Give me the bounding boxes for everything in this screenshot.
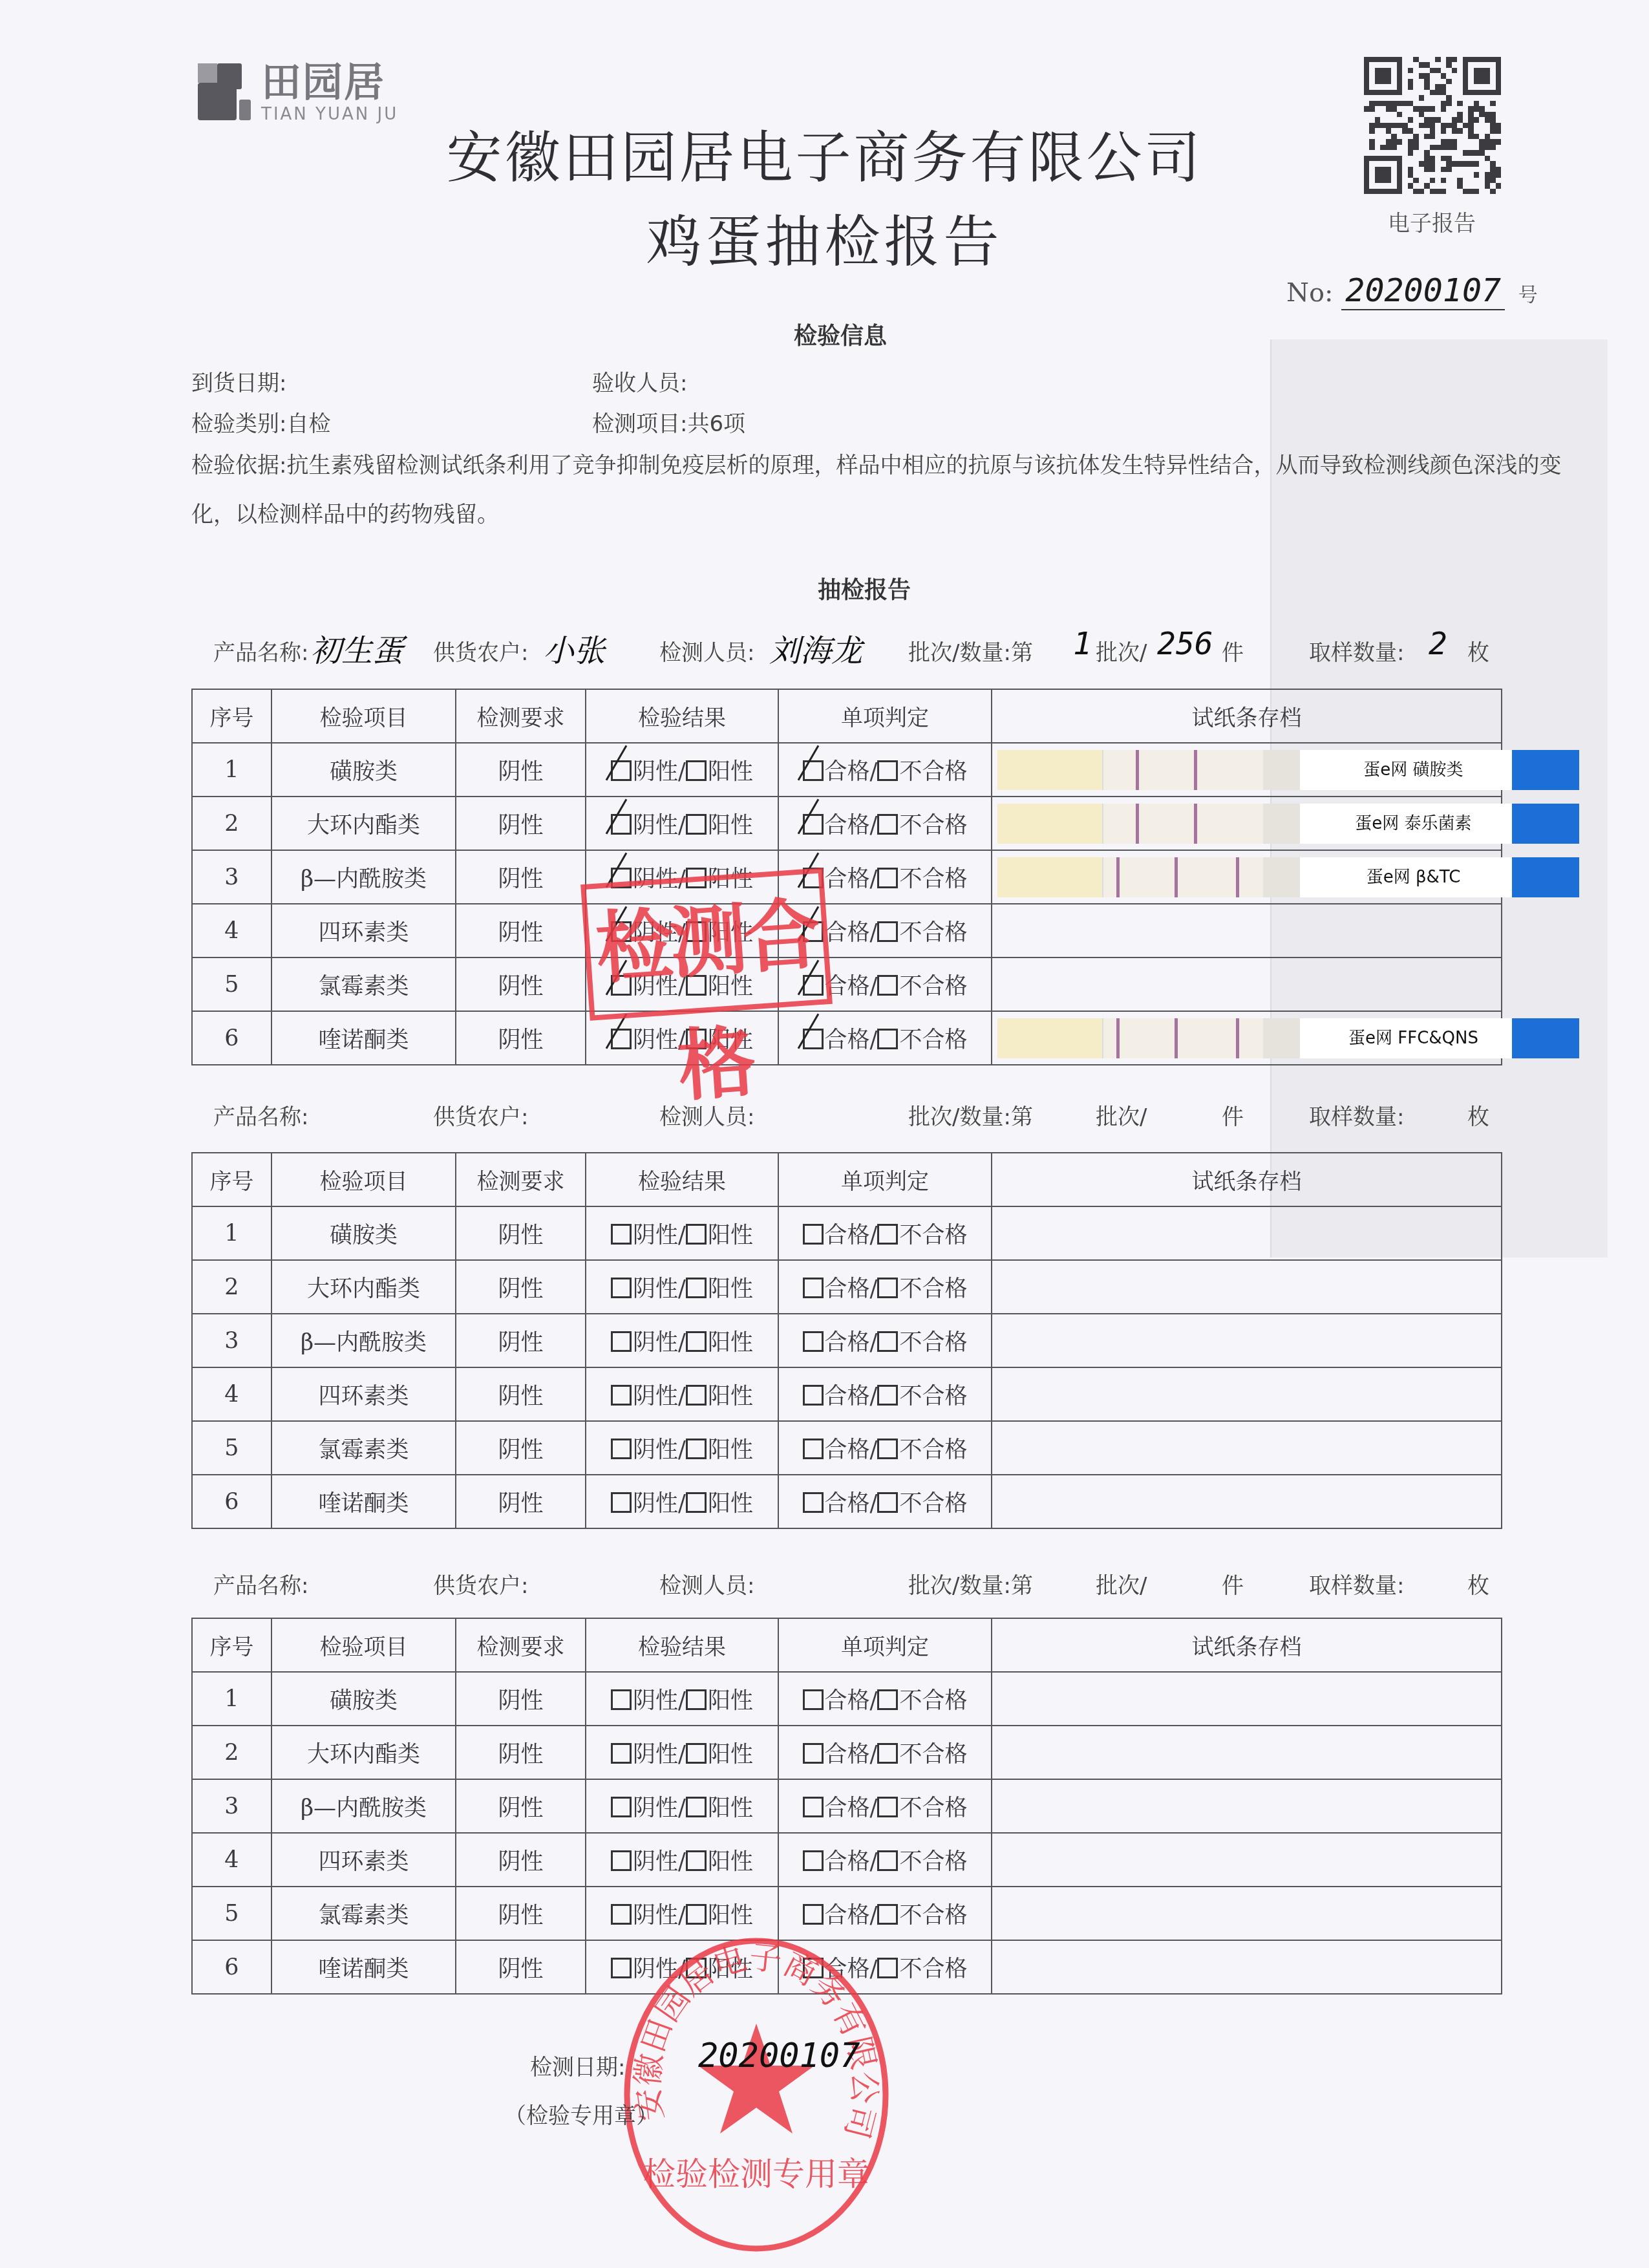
- row-number: 6: [192, 1011, 271, 1065]
- test-item: 四环素类: [271, 904, 456, 957]
- test-requirement: 阴性: [456, 1833, 586, 1887]
- row-number: 3: [192, 1314, 271, 1367]
- separator: /: [678, 813, 686, 839]
- checkbox-label: 阴性: [633, 1027, 678, 1053]
- checkbox-label: 阳性: [708, 1795, 753, 1821]
- sample-label: 取样数量:: [1309, 1568, 1404, 1599]
- checkbox-label: 阴性: [633, 1276, 678, 1302]
- result-options: 阴性/阳性: [586, 1367, 778, 1421]
- judge-options: 合格/不合格: [778, 1421, 992, 1475]
- checkbox[interactable]: [803, 814, 824, 835]
- row-number: 6: [192, 1940, 271, 1994]
- checkbox-label: 不合格: [899, 1903, 967, 1929]
- checkbox[interactable]: [803, 1850, 824, 1871]
- inspection-basis: 检验依据:抗生素残留检测试纸条利用了竞争抑制免疫层析的原理，样品中相应的抗原与该…: [191, 441, 1588, 539]
- checkbox-label: 合格: [825, 866, 870, 892]
- row-number: 4: [192, 1833, 271, 1887]
- inspector-value[interactable]: 刘海龙: [769, 626, 862, 670]
- result-options: 阴性/阳性: [586, 1887, 778, 1940]
- batch-mid-label: 批次/: [1096, 1099, 1147, 1131]
- table-row: 3β—内酰胺类阴性阴性/阳性合格/不合格: [192, 1314, 1502, 1367]
- strip-label: 蛋e网 FFC&QNS: [1300, 1018, 1512, 1058]
- batch-unit-label: 件: [1222, 1568, 1244, 1599]
- test-item: 喹诺酮类: [271, 1940, 456, 1994]
- product-label: 产品名称:: [213, 1568, 308, 1599]
- judge-options: 合格/不合格: [778, 1887, 992, 1940]
- judge-options: 合格/不合格: [778, 797, 992, 850]
- table-row: 1磺胺类阴性阴性/阳性合格/不合格蛋e网 磺胺类: [192, 743, 1502, 797]
- checkbox-label: 不合格: [899, 1742, 967, 1768]
- table-meta-line: 产品名称:供货农户:检测人员:批次/数量:第批次/件取样数量:枚: [213, 1099, 1506, 1138]
- checkbox[interactable]: [877, 1850, 898, 1871]
- judge-options: 合格/不合格: [778, 1206, 992, 1260]
- table-row: 4四环素类阴性阴性/阳性合格/不合格: [192, 904, 1502, 957]
- checkbox[interactable]: [611, 1797, 632, 1817]
- checkbox[interactable]: [877, 760, 898, 781]
- checkbox-label: 合格: [825, 920, 870, 946]
- receiver-label: 验收人员:: [592, 365, 687, 397]
- company-seal-icon: 安徽田园居电子商务有限公司 检验检测专用章: [621, 1933, 892, 2256]
- judge-options: 合格/不合格: [778, 1779, 992, 1833]
- column-header: 序号: [192, 689, 271, 743]
- strip-archive-cell: 蛋e网 磺胺类: [992, 743, 1502, 797]
- report-number: No: 20200107 号: [1286, 272, 1538, 310]
- test-item: 磺胺类: [271, 1672, 456, 1726]
- strip-archive-cell: [992, 1367, 1502, 1421]
- table-row: 4四环素类阴性阴性/阳性合格/不合格: [192, 1367, 1502, 1421]
- row-number: 4: [192, 1367, 271, 1421]
- checkbox-label: 阳性: [708, 1223, 753, 1248]
- checkbox-label: 阳性: [708, 759, 753, 785]
- checkbox-label: 不合格: [899, 1795, 967, 1821]
- table-row: 5氯霉素类阴性阴性/阳性合格/不合格: [192, 1421, 1502, 1475]
- checkbox-label: 不合格: [899, 1384, 967, 1409]
- test-requirement: 阴性: [456, 1206, 586, 1260]
- strip-archive-cell: 蛋e网 β&TC: [992, 850, 1502, 904]
- quantity-value[interactable]: 256: [1157, 626, 1213, 662]
- checkbox-label: 阴性: [633, 1903, 678, 1929]
- result-options: 阴性/阳性: [586, 1726, 778, 1779]
- test-requirement: 阴性: [456, 1887, 586, 1940]
- separator: /: [870, 813, 878, 839]
- category-label: 检验类别:: [191, 411, 286, 437]
- test-item: 四环素类: [271, 1833, 456, 1887]
- checkbox[interactable]: [803, 1278, 824, 1298]
- checkbox[interactable]: [877, 975, 898, 996]
- test-strip: 蛋e网 FFC&QNS: [997, 1018, 1579, 1058]
- table-row: 5氯霉素类阴性阴性/阳性合格/不合格: [192, 957, 1502, 1011]
- checkbox[interactable]: [611, 1492, 632, 1513]
- row-number: 4: [192, 904, 271, 957]
- test-requirement: 阴性: [456, 1314, 586, 1367]
- separator: /: [678, 1437, 686, 1463]
- checkbox-label: 合格: [825, 1384, 870, 1409]
- checkbox-label: 阴性: [633, 1491, 678, 1517]
- checkbox[interactable]: [686, 1385, 707, 1406]
- column-header: 检验项目: [271, 1153, 456, 1206]
- test-requirement: 阴性: [456, 1672, 586, 1726]
- test-requirement: 阴性: [456, 1367, 586, 1421]
- row-number: 2: [192, 1726, 271, 1779]
- checkbox[interactable]: [803, 1743, 824, 1764]
- checkbox[interactable]: [877, 1797, 898, 1817]
- table-header-row: 序号检验项目检测要求检验结果单项判定试纸条存档: [192, 1153, 1502, 1206]
- checkbox[interactable]: [803, 1689, 824, 1710]
- test-item: 磺胺类: [271, 743, 456, 797]
- test-strip: 蛋e网 磺胺类: [997, 750, 1579, 790]
- strip-archive-cell: [992, 1260, 1502, 1314]
- checkbox[interactable]: [611, 814, 632, 835]
- checkbox-label: 不合格: [899, 1027, 967, 1053]
- checkbox-label: 不合格: [899, 1849, 967, 1875]
- checkbox-label: 不合格: [899, 920, 967, 946]
- row-number: 1: [192, 743, 271, 797]
- sample-unit-label: 枚: [1467, 635, 1489, 667]
- checkbox[interactable]: [686, 760, 707, 781]
- column-header: 检验结果: [586, 1618, 778, 1672]
- test-item: 氯霉素类: [271, 1421, 456, 1475]
- checkbox-label: 阳性: [708, 1849, 753, 1875]
- separator: /: [678, 759, 686, 785]
- checkbox-label: 阴性: [633, 1223, 678, 1248]
- judge-options: 合格/不合格: [778, 1260, 992, 1314]
- test-requirement: 阴性: [456, 1726, 586, 1779]
- test-requirement: 阴性: [456, 1421, 586, 1475]
- separator: /: [678, 1276, 686, 1302]
- strip-label: 蛋e网 磺胺类: [1300, 750, 1512, 790]
- checkbox[interactable]: [803, 1385, 824, 1406]
- checkbox-label: 不合格: [899, 1330, 967, 1356]
- separator: /: [678, 1903, 686, 1929]
- farmer-label: 供货农户:: [433, 635, 528, 667]
- inspection-table: 序号检验项目检测要求检验结果单项判定试纸条存档1磺胺类阴性阴性/阳性合格/不合格…: [191, 1152, 1502, 1529]
- checkbox[interactable]: [686, 1278, 707, 1298]
- inspection-info-title: 检验信息: [794, 318, 887, 351]
- checkbox[interactable]: [611, 1224, 632, 1245]
- result-options: 阴性/阳性: [586, 1672, 778, 1726]
- test-requirement: 阴性: [456, 957, 586, 1011]
- row-number: 2: [192, 1260, 271, 1314]
- table-row: 6喹诺酮类阴性阴性/阳性合格/不合格: [192, 1475, 1502, 1528]
- column-header: 检测要求: [456, 689, 586, 743]
- test-item: 四环素类: [271, 1367, 456, 1421]
- strip-archive-cell: [992, 1779, 1502, 1833]
- checkbox[interactable]: [611, 1278, 632, 1298]
- logo-cn-text: 田园居: [261, 59, 385, 106]
- product-label: 产品名称:: [213, 1099, 308, 1131]
- test-item: 喹诺酮类: [271, 1011, 456, 1065]
- checkbox-label: 阳性: [708, 1276, 753, 1302]
- inspection-table: 序号检验项目检测要求检验结果单项判定试纸条存档1磺胺类阴性阴性/阳性合格/不合格…: [191, 689, 1502, 1065]
- product-label: 产品名称:: [213, 635, 308, 667]
- checkbox[interactable]: [877, 1224, 898, 1245]
- separator: /: [678, 1795, 686, 1821]
- separator: /: [678, 1330, 686, 1356]
- test-item: β—内酰胺类: [271, 850, 456, 904]
- table-row: 1磺胺类阴性阴性/阳性合格/不合格: [192, 1672, 1502, 1726]
- table-meta-line: 产品名称:供货农户:检测人员:批次/数量:第批次/件取样数量:枚: [213, 1568, 1506, 1607]
- table-row: 3β—内酰胺类阴性阴性/阳性合格/不合格: [192, 1779, 1502, 1833]
- column-header: 检测要求: [456, 1618, 586, 1672]
- test-requirement: 阴性: [456, 743, 586, 797]
- separator: /: [870, 1276, 878, 1302]
- result-options: 阴性/阳性: [586, 1779, 778, 1833]
- table-row: 6喹诺酮类阴性阴性/阳性合格/不合格蛋e网 FFC&QNS: [192, 1011, 1502, 1065]
- checkbox[interactable]: [877, 921, 898, 942]
- test-date-value: 20200107: [698, 2037, 860, 2075]
- column-header: 单项判定: [778, 689, 992, 743]
- spot-check-title: 抽检报告: [818, 572, 911, 605]
- checkbox[interactable]: [611, 1904, 632, 1925]
- column-header: 试纸条存档: [992, 1618, 1502, 1672]
- strip-archive-cell: [992, 1887, 1502, 1940]
- checkbox[interactable]: [803, 1224, 824, 1245]
- test-requirement: 阴性: [456, 1940, 586, 1994]
- result-options: 阴性/阳性: [586, 1833, 778, 1887]
- strip-archive-cell: 蛋e网 FFC&QNS: [992, 1011, 1502, 1065]
- checkbox-label: 阴性: [633, 1795, 678, 1821]
- items-value: 共6项: [687, 411, 745, 437]
- column-header: 检验项目: [271, 689, 456, 743]
- test-requirement: 阴性: [456, 850, 586, 904]
- strip-archive-cell: [992, 1726, 1502, 1779]
- checkbox[interactable]: [611, 1689, 632, 1710]
- separator: /: [678, 1742, 686, 1768]
- test-item: 氯霉素类: [271, 1887, 456, 1940]
- inspector-label: 检测人员:: [659, 1568, 754, 1599]
- checkbox[interactable]: [803, 1029, 824, 1049]
- judge-options: 合格/不合格: [778, 1672, 992, 1726]
- row-number: 3: [192, 1779, 271, 1833]
- table-header-row: 序号检验项目检测要求检验结果单项判定试纸条存档: [192, 689, 1502, 743]
- test-requirement: 阴性: [456, 1011, 586, 1065]
- strip-archive-cell: [992, 1672, 1502, 1726]
- result-options: 阴性/阳性: [586, 1314, 778, 1367]
- judge-options: 合格/不合格: [778, 1011, 992, 1065]
- table-header-row: 序号检验项目检测要求检验结果单项判定试纸条存档: [192, 1618, 1502, 1672]
- qr-label: 电子报告: [1351, 206, 1513, 237]
- checkbox[interactable]: [686, 814, 707, 835]
- result-options: 阴性/阳性: [586, 1260, 778, 1314]
- checkbox-label: 合格: [825, 1491, 870, 1517]
- test-item: 喹诺酮类: [271, 1475, 456, 1528]
- arrival-date-label: 到货日期:: [191, 365, 286, 397]
- strip-archive-cell: [992, 1421, 1502, 1475]
- batch-mid-label: 批次/: [1096, 635, 1147, 667]
- checkbox-label: 不合格: [899, 1956, 967, 1982]
- category-value: 自检: [286, 411, 330, 437]
- checkbox-label: 阳性: [708, 1903, 753, 1929]
- checkbox[interactable]: [877, 1331, 898, 1352]
- test-item: 大环内酯类: [271, 1726, 456, 1779]
- category-field: 检验类别:自检: [191, 406, 330, 438]
- strip-archive-cell: [992, 904, 1502, 957]
- checkbox[interactable]: [611, 760, 632, 781]
- checkbox[interactable]: [877, 1689, 898, 1710]
- checkbox-label: 合格: [825, 759, 870, 785]
- checkbox[interactable]: [686, 1689, 707, 1710]
- strip-archive-cell: [992, 1940, 1502, 1994]
- test-item: 大环内酯类: [271, 1260, 456, 1314]
- checkbox[interactable]: [803, 1439, 824, 1459]
- checkbox[interactable]: [877, 1385, 898, 1406]
- checkbox-label: 合格: [825, 1437, 870, 1463]
- qr-code-icon[interactable]: [1364, 57, 1501, 194]
- checkbox-label: 合格: [825, 1688, 870, 1714]
- table-meta-line: 产品名称:初生蛋供货农户:小张检测人员:刘海龙批次/数量:第1批次/256件取样…: [213, 635, 1506, 674]
- checkbox[interactable]: [877, 1439, 898, 1459]
- test-requirement: 阴性: [456, 904, 586, 957]
- checkbox[interactable]: [611, 1439, 632, 1459]
- judge-options: 合格/不合格: [778, 1475, 992, 1528]
- checkbox[interactable]: [611, 1743, 632, 1764]
- checkbox-label: 合格: [825, 813, 870, 839]
- separator: /: [870, 1437, 878, 1463]
- test-item: 磺胺类: [271, 1206, 456, 1260]
- separator: /: [678, 1688, 686, 1714]
- checkbox-label: 阴性: [633, 1384, 678, 1409]
- product-value[interactable]: 初生蛋: [310, 626, 403, 670]
- checkbox-label: 阴性: [633, 1437, 678, 1463]
- items-label: 检测项目:: [592, 411, 687, 437]
- report-no-value: 20200107: [1341, 272, 1505, 310]
- separator: /: [870, 1027, 878, 1053]
- row-number: 2: [192, 797, 271, 850]
- row-number: 1: [192, 1206, 271, 1260]
- row-number: 6: [192, 1475, 271, 1528]
- checkbox[interactable]: [877, 1904, 898, 1925]
- checkbox[interactable]: [686, 1850, 707, 1871]
- items-field: 检测项目:共6项: [592, 406, 745, 438]
- separator: /: [870, 974, 878, 1000]
- batch-label: 批次/数量:第: [908, 1099, 1033, 1131]
- strip-archive-cell: [992, 957, 1502, 1011]
- checkbox[interactable]: [686, 1224, 707, 1245]
- checkbox-label: 不合格: [899, 866, 967, 892]
- checkbox-label: 阴性: [633, 1330, 678, 1356]
- checkbox-label: 不合格: [899, 1688, 967, 1714]
- column-header: 单项判定: [778, 1618, 992, 1672]
- checkbox[interactable]: [877, 1492, 898, 1513]
- column-header: 单项判定: [778, 1153, 992, 1206]
- batch-unit-label: 件: [1222, 1099, 1244, 1131]
- test-requirement: 阴性: [456, 1260, 586, 1314]
- table-row: 2大环内酯类阴性阴性/阳性合格/不合格: [192, 1726, 1502, 1779]
- separator: /: [678, 1849, 686, 1875]
- table-row: 3β—内酰胺类阴性阴性/阳性合格/不合格蛋e网 β&TC: [192, 850, 1502, 904]
- checkbox-label: 合格: [825, 1849, 870, 1875]
- checkbox[interactable]: [611, 1850, 632, 1871]
- sample-count-value[interactable]: 2: [1429, 626, 1447, 662]
- row-number: 1: [192, 1672, 271, 1726]
- separator: /: [870, 1849, 878, 1875]
- checkbox-label: 阳性: [708, 1742, 753, 1768]
- separator: /: [870, 1688, 878, 1714]
- separator: /: [870, 1795, 878, 1821]
- separator: /: [870, 759, 878, 785]
- pass-stamp: 检测合格: [580, 868, 833, 1021]
- checkbox-label: 合格: [825, 1903, 870, 1929]
- checkbox[interactable]: [803, 1331, 824, 1352]
- checkbox[interactable]: [877, 1029, 898, 1049]
- table-row: 1磺胺类阴性阴性/阳性合格/不合格: [192, 1206, 1502, 1260]
- checkbox[interactable]: [686, 1492, 707, 1513]
- farmer-label: 供货农户:: [433, 1568, 528, 1599]
- separator: /: [870, 1491, 878, 1517]
- checkbox[interactable]: [611, 1029, 632, 1049]
- checkbox[interactable]: [803, 1492, 824, 1513]
- checkbox[interactable]: [803, 760, 824, 781]
- table-row: 2大环内酯类阴性阴性/阳性合格/不合格蛋e网 泰乐菌素: [192, 797, 1502, 850]
- checkbox-label: 合格: [825, 1276, 870, 1302]
- checkbox[interactable]: [686, 1439, 707, 1459]
- checkbox-label: 不合格: [899, 759, 967, 785]
- strip-archive-cell: [992, 1206, 1502, 1260]
- column-header: 试纸条存档: [992, 689, 1502, 743]
- table-row: 5氯霉素类阴性阴性/阳性合格/不合格: [192, 1887, 1502, 1940]
- judge-options: 合格/不合格: [778, 1833, 992, 1887]
- test-strip: 蛋e网 β&TC: [997, 857, 1579, 897]
- test-requirement: 阴性: [456, 797, 586, 850]
- checkbox[interactable]: [686, 1743, 707, 1764]
- result-options: 阴性/阳性: [586, 1475, 778, 1528]
- sample-unit-label: 枚: [1467, 1568, 1489, 1599]
- checkbox-label: 阴性: [633, 1742, 678, 1768]
- farmer-value[interactable]: 小张: [543, 626, 605, 670]
- sample-label: 取样数量:: [1309, 1099, 1404, 1131]
- farmer-label: 供货农户:: [433, 1099, 528, 1131]
- judge-options: 合格/不合格: [778, 1726, 992, 1779]
- checkbox[interactable]: [686, 1331, 707, 1352]
- test-item: β—内酰胺类: [271, 1779, 456, 1833]
- strip-archive-cell: [992, 1833, 1502, 1887]
- checkbox[interactable]: [877, 1278, 898, 1298]
- judge-options: 合格/不合格: [778, 1314, 992, 1367]
- strip-archive-cell: [992, 1475, 1502, 1528]
- checkbox-label: 不合格: [899, 974, 967, 1000]
- test-strip: 蛋e网 泰乐菌素: [997, 804, 1579, 844]
- report-no-prefix: No:: [1286, 278, 1334, 308]
- checkbox[interactable]: [611, 1331, 632, 1352]
- separator: /: [870, 1384, 878, 1409]
- test-item: 氯霉素类: [271, 957, 456, 1011]
- result-options: 阴性/阳性: [586, 797, 778, 850]
- inspector-label: 检测人员:: [659, 635, 754, 667]
- checkbox[interactable]: [877, 868, 898, 888]
- strip-label: 蛋e网 泰乐菌素: [1300, 804, 1512, 844]
- checkbox-label: 不合格: [899, 1437, 967, 1463]
- row-number: 5: [192, 1421, 271, 1475]
- checkbox-label: 阳性: [708, 813, 753, 839]
- column-header: 检验结果: [586, 1153, 778, 1206]
- checkbox[interactable]: [877, 814, 898, 835]
- checkbox[interactable]: [686, 1904, 707, 1925]
- test-item: β—内酰胺类: [271, 1314, 456, 1367]
- row-number: 3: [192, 850, 271, 904]
- checkbox[interactable]: [611, 1385, 632, 1406]
- checkbox[interactable]: [877, 1743, 898, 1764]
- column-header: 检验项目: [271, 1618, 456, 1672]
- checkbox-label: 阴性: [633, 759, 678, 785]
- sample-label: 取样数量:: [1309, 635, 1404, 667]
- checkbox[interactable]: [803, 1797, 824, 1817]
- column-header: 检验结果: [586, 689, 778, 743]
- checkbox-label: 不合格: [899, 1491, 967, 1517]
- checkbox[interactable]: [803, 1904, 824, 1925]
- checkbox[interactable]: [686, 1797, 707, 1817]
- batch-no-value[interactable]: 1: [1073, 626, 1092, 662]
- separator: /: [870, 920, 878, 946]
